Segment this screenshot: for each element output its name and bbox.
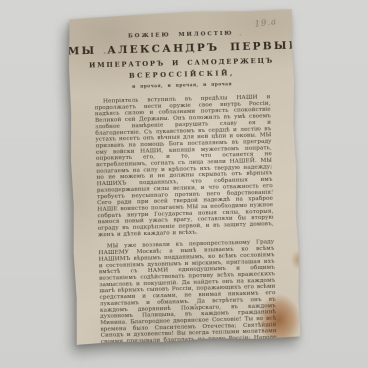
heading-we-alexander-first: МЫ АЛЕКСАНДРЪ ПЕРВЫЙ, — [67, 39, 294, 57]
paper-sheet: 19.а БОЖІЕЮ МИЛОСТІЮ МЫ АЛЕКСАНДРЪ ПЕРВЫ… — [67, 9, 303, 345]
heading-et-cetera: и прочая, и прочая, и прочая — [69, 80, 296, 91]
manifesto-page: 19.а БОЖІЕЮ МИЛОСТІЮ МЫ АЛЕКСАНДРЪ ПЕРВЫ… — [67, 9, 303, 345]
heading-of-all-russia: ВСЕРОССІЙСКІЙ, — [68, 68, 295, 82]
printed-text-block: 19.а БОЖІЕЮ МИЛОСТІЮ МЫ АЛЕКСАНДРЪ ПЕРВЫ… — [67, 9, 303, 345]
manifesto-paragraph-2: МЫ уже воззвали къ первопрестольному Гра… — [98, 238, 277, 363]
manifesto-paragraph-1: Непріятель вступилъ въ предѣлы НАШИ и пр… — [94, 93, 274, 237]
photo-background: 19.а БОЖІЕЮ МИЛОСТІЮ МЫ АЛЕКСАНДРЪ ПЕРВЫ… — [0, 0, 368, 368]
handwritten-archive-number: 19.а — [254, 16, 278, 29]
manifesto-body: Непріятель вступилъ въ предѣлы НАШИ и пр… — [94, 93, 277, 363]
